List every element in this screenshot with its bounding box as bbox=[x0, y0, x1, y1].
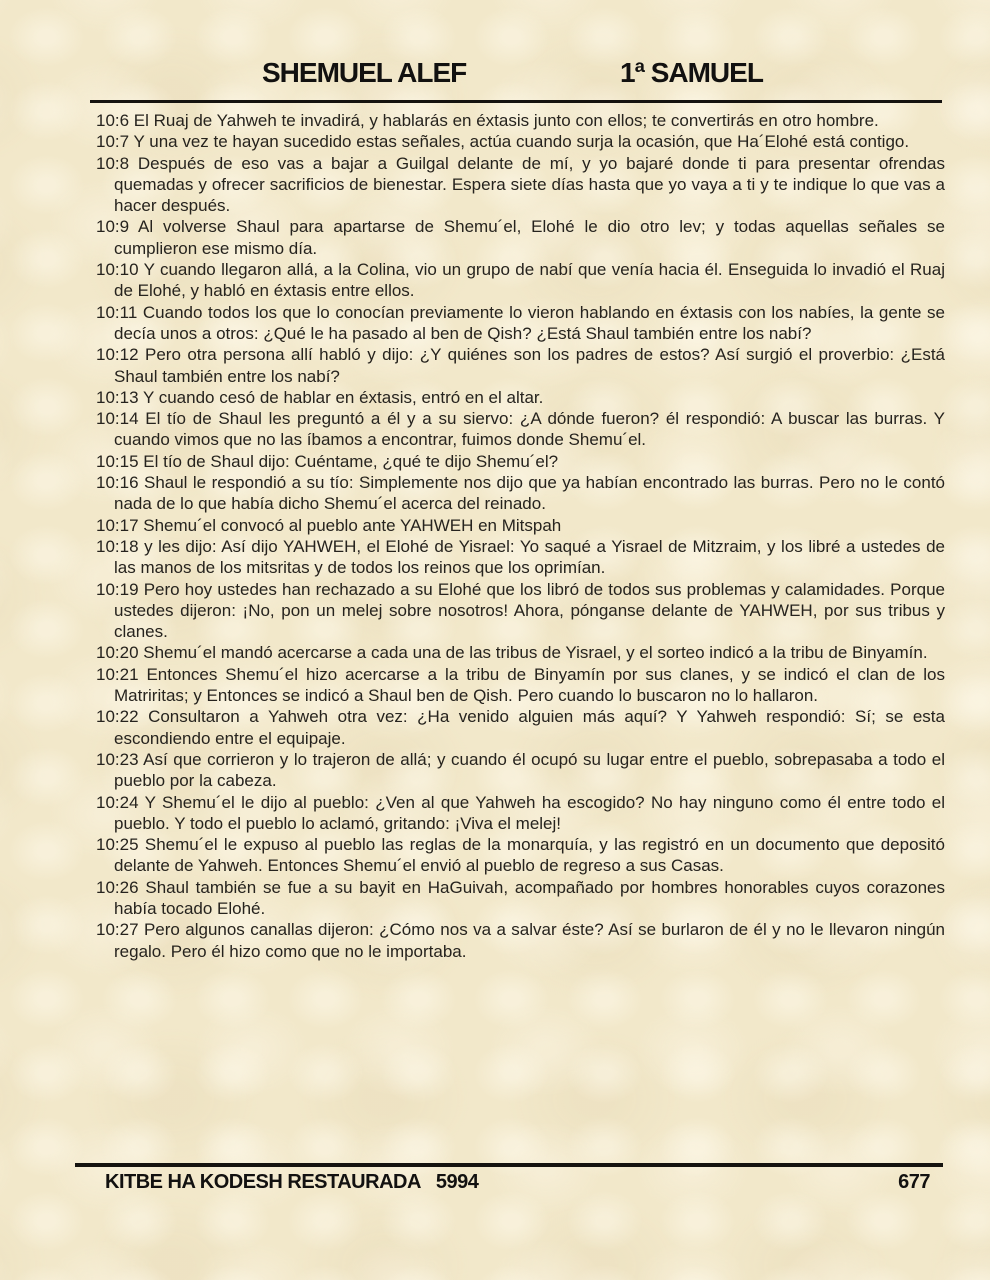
verse-paragraph: 10:25 Shemu´el le expuso al pueblo las r… bbox=[96, 834, 945, 877]
verse-paragraph: 10:22 Consultaron a Yahweh otra vez: ¿Ha… bbox=[96, 706, 945, 749]
verse-paragraph: 10:11 Cuando todos los que lo conocían p… bbox=[96, 302, 945, 345]
page-footer: KITBE HA KODESH RESTAURADA 5994 677 bbox=[75, 1171, 943, 1194]
verse-paragraph: 10:27 Pero algunos canallas dijeron: ¿Có… bbox=[96, 919, 945, 962]
footer-divider bbox=[75, 1163, 943, 1167]
verse-paragraph: 10:14 El tío de Shaul les preguntó a él … bbox=[96, 408, 945, 451]
verse-paragraph: 10:17 Shemu´el convocó al pueblo ante YA… bbox=[96, 515, 945, 536]
verse-paragraph: 10:6 El Ruaj de Yahweh te invadirá, y ha… bbox=[96, 110, 945, 131]
verse-paragraph: 10:7 Y una vez te hayan sucedido estas s… bbox=[96, 131, 945, 152]
verse-list: 10:6 El Ruaj de Yahweh te invadirá, y ha… bbox=[96, 110, 945, 962]
footer-left-group: KITBE HA KODESH RESTAURADA 5994 bbox=[75, 1171, 478, 1194]
header-divider bbox=[90, 100, 942, 103]
verse-paragraph: 10:26 Shaul también se fue a su bayit en… bbox=[96, 877, 945, 920]
page-title-spanish: 1ª SAMUEL bbox=[620, 56, 763, 90]
footer-book-label: KITBE HA KODESH RESTAURADA bbox=[105, 1171, 421, 1194]
scripture-page: SHEMUEL ALEF 1ª SAMUEL 10:6 El Ruaj de Y… bbox=[0, 0, 990, 1280]
verse-paragraph: 10:15 El tío de Shaul dijo: Cuéntame, ¿q… bbox=[96, 451, 945, 472]
verse-paragraph: 10:20 Shemu´el mandó acercarse a cada un… bbox=[96, 642, 945, 663]
verse-paragraph: 10:10 Y cuando llegaron allá, a la Colin… bbox=[96, 259, 945, 302]
footer-edition-year: 5994 bbox=[436, 1171, 479, 1194]
verse-paragraph: 10:9 Al volverse Shaul para apartarse de… bbox=[96, 216, 945, 259]
verse-paragraph: 10:21 Entonces Shemu´el hizo acercarse a… bbox=[96, 664, 945, 707]
verse-paragraph: 10:12 Pero otra persona allí habló y dij… bbox=[96, 344, 945, 387]
verse-paragraph: 10:16 Shaul le respondió a su tío: Simpl… bbox=[96, 472, 945, 515]
verse-paragraph: 10:18 y les dijo: Así dijo YAHWEH, el El… bbox=[96, 536, 945, 579]
page-number: 677 bbox=[898, 1171, 943, 1194]
verse-paragraph: 10:19 Pero hoy ustedes han rechazado a s… bbox=[96, 579, 945, 643]
verse-paragraph: 10:24 Y Shemu´el le dijo al pueblo: ¿Ven… bbox=[96, 792, 945, 835]
verse-paragraph: 10:13 Y cuando cesó de hablar en éxtasis… bbox=[96, 387, 945, 408]
verse-paragraph: 10:23 Así que corrieron y lo trajeron de… bbox=[96, 749, 945, 792]
verse-paragraph: 10:8 Después de eso vas a bajar a Guilga… bbox=[96, 153, 945, 217]
page-title-hebrew: SHEMUEL ALEF bbox=[262, 56, 466, 90]
